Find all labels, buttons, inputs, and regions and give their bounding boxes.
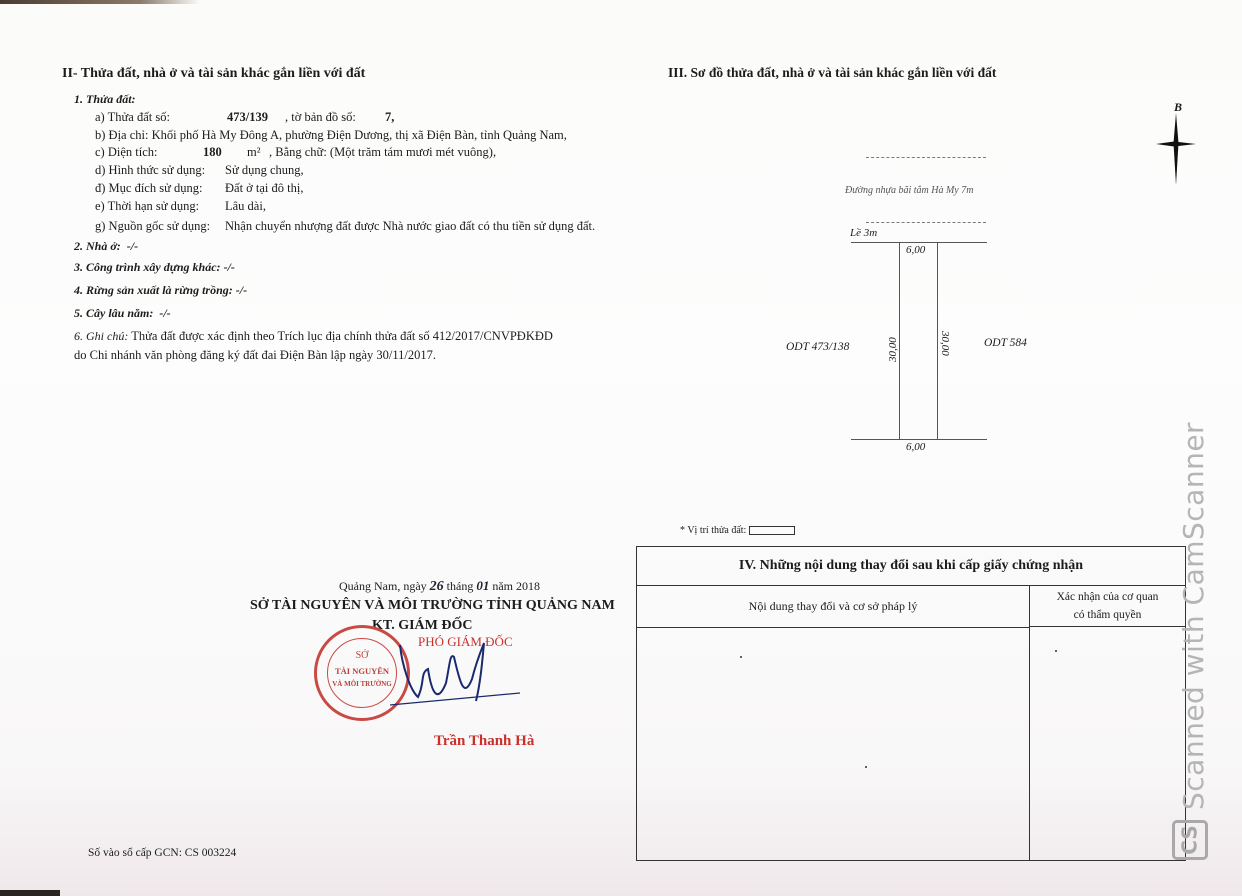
north-arrow-icon bbox=[1156, 113, 1196, 185]
map-sheet-number: 7, bbox=[385, 110, 394, 125]
address-label: b) Địa chỉ: bbox=[95, 128, 148, 142]
origin-value: Nhận chuyển nhượng đất được Nhà nước gia… bbox=[225, 219, 595, 233]
parcel-left-edge bbox=[899, 242, 900, 439]
section-4-heading: IV. Những nội dung thay đổi sau khi cấp … bbox=[637, 547, 1185, 586]
top-width-label: 6,00 bbox=[906, 244, 925, 256]
plantation-forest-value: -/- bbox=[236, 283, 247, 297]
area-label: c) Diện tích: bbox=[95, 145, 203, 160]
signing-month: 01 bbox=[476, 578, 489, 593]
speck bbox=[740, 656, 742, 658]
location-row: * Vị trí thửa đất: bbox=[680, 525, 795, 536]
address-value: Khối phố Hà My Đông A, phường Điện Dương… bbox=[152, 128, 567, 142]
perennial-trees-label: 5. Cây lâu năm: bbox=[74, 306, 153, 320]
camscanner-logo-text: CS bbox=[1178, 825, 1202, 854]
certificate-page: II- Thửa đất, nhà ở và tài sản khác gắn … bbox=[0, 0, 1242, 896]
area-in-words: , Bằng chữ: (Một trăm tám mươi mét vuông… bbox=[269, 145, 496, 159]
land-plot-heading: 1. Thửa đất: bbox=[74, 92, 136, 107]
other-construction-label: 3. Công trình xây dựng khác: bbox=[74, 260, 221, 274]
other-construction-value: -/- bbox=[224, 260, 235, 274]
sidewalk-label: Lề 3m bbox=[850, 227, 877, 239]
area-unit: m² bbox=[247, 145, 269, 160]
purpose-label: đ) Mục đích sử dụng: bbox=[95, 181, 225, 196]
note-label: 6. Ghi chú: bbox=[74, 329, 128, 343]
scanner-watermark: Scanned with CamScanner bbox=[1177, 422, 1210, 810]
issuing-agency: SỞ TÀI NGUYÊN VÀ MÔI TRƯỜNG TỈNH QUẢNG N… bbox=[250, 598, 615, 614]
confirmation-cell bbox=[1030, 628, 1185, 860]
signer-name: Trần Thanh Hà bbox=[434, 733, 534, 750]
plantation-forest-label: 4. Rừng sản xuất là rừng trồng: bbox=[74, 283, 233, 297]
paper-edge bbox=[0, 0, 200, 4]
parcel-top-line bbox=[851, 242, 987, 243]
usage-form-label: d) Hình thức sử dụng: bbox=[95, 163, 225, 178]
left-neighbor-label: ODT 473/138 bbox=[786, 341, 849, 353]
section-2-heading: II- Thửa đất, nhà ở và tài sản khác gắn … bbox=[62, 66, 365, 82]
house-row: 2. Nhà ở: -/- bbox=[74, 239, 138, 254]
location-box bbox=[749, 526, 795, 535]
right-neighbor-label: ODT 584 bbox=[984, 337, 1027, 349]
month-label: tháng bbox=[447, 579, 474, 593]
note-row: 6. Ghi chú: Thửa đất được xác định theo … bbox=[74, 329, 553, 344]
area-row: c) Diện tích:180m², Bằng chữ: (Một trăm … bbox=[95, 145, 496, 160]
column-header-confirmation: Xác nhận của cơ quan có thẩm quyền bbox=[1029, 585, 1186, 627]
camscanner-logo-icon: CS bbox=[1172, 820, 1208, 860]
register-label: Số vào sổ cấp GCN: bbox=[88, 847, 182, 859]
section-3-heading: III. Sơ đồ thửa đất, nhà ở và tài sản kh… bbox=[668, 65, 996, 81]
road-edge-line bbox=[866, 222, 986, 223]
map-sheet-label: , tờ bản đồ số: bbox=[285, 110, 385, 125]
term-label: e) Thời hạn sử dụng: bbox=[95, 199, 225, 214]
plot-number-label: a) Thửa đất số: bbox=[95, 110, 227, 125]
location-label: * Vị trí thửa đất: bbox=[680, 525, 746, 536]
register-number-row: Số vào sổ cấp GCN: CS 003224 bbox=[88, 847, 236, 859]
road-label: Đường nhựa bãi tắm Hà My 7m bbox=[845, 185, 973, 196]
plantation-forest-row: 4. Rừng sản xuất là rừng trồng: -/- bbox=[74, 283, 247, 298]
other-construction-row: 3. Công trình xây dựng khác: -/- bbox=[74, 260, 235, 275]
bottom-width-label: 6,00 bbox=[906, 441, 925, 453]
column-header-changes: Nội dung thay đổi và cơ sở pháp lý bbox=[637, 585, 1030, 628]
paper-edge bbox=[0, 890, 60, 896]
perennial-trees-row: 5. Cây lâu năm: -/- bbox=[74, 306, 171, 321]
signature-scribble bbox=[380, 635, 530, 715]
origin-row: g) Nguồn gốc sử dụng:Nhận chuyển nhượng … bbox=[95, 219, 595, 234]
perennial-trees-value: -/- bbox=[159, 306, 170, 320]
changes-cell bbox=[637, 628, 1030, 860]
road-edge-line bbox=[866, 157, 986, 158]
plot-number-row: a) Thửa đất số:473/139, tờ bản đồ số:7, bbox=[95, 110, 394, 125]
purpose-value: Đất ở tại đô thị, bbox=[225, 181, 303, 195]
place-date: Quảng Nam, ngày 26 tháng 01 năm 2018 bbox=[339, 578, 540, 595]
origin-label: g) Nguồn gốc sử dụng: bbox=[95, 219, 225, 234]
usage-form-row: d) Hình thức sử dụng:Sử dụng chung, bbox=[95, 163, 304, 178]
purpose-row: đ) Mục đích sử dụng:Đất ở tại đô thị, bbox=[95, 181, 303, 196]
term-value: Lâu dài, bbox=[225, 199, 266, 213]
right-length-label: 30,00 bbox=[939, 331, 951, 356]
note-line-1: Thửa đất được xác định theo Trích lục đị… bbox=[131, 329, 553, 343]
signing-day: 26 bbox=[430, 579, 444, 594]
usage-form-value: Sử dụng chung, bbox=[225, 163, 304, 177]
address-row: b) Địa chỉ: Khối phố Hà My Đông A, phườn… bbox=[95, 128, 567, 143]
parcel-right-edge bbox=[937, 242, 938, 439]
plot-number: 473/139 bbox=[227, 110, 285, 125]
confirmation-header-line-2: có thẩm quyền bbox=[1029, 606, 1186, 624]
house-label: 2. Nhà ở: bbox=[74, 239, 121, 253]
area-value: 180 bbox=[203, 145, 247, 160]
confirmation-header-line-1: Xác nhận của cơ quan bbox=[1029, 588, 1186, 606]
term-row: e) Thời hạn sử dụng:Lâu dài, bbox=[95, 199, 266, 214]
parcel-bottom-line bbox=[851, 439, 987, 440]
register-number: CS 003224 bbox=[185, 847, 236, 859]
place-date-prefix: Quảng Nam, ngày bbox=[339, 579, 427, 593]
signing-year: năm 2018 bbox=[492, 579, 540, 593]
changes-table: IV. Những nội dung thay đổi sau khi cấp … bbox=[636, 546, 1186, 861]
speck bbox=[865, 766, 867, 768]
left-length-label: 30,00 bbox=[887, 337, 899, 362]
note-line-2: do Chi nhánh văn phòng đăng ký đất đai Đ… bbox=[74, 348, 436, 363]
speck bbox=[1055, 650, 1057, 652]
house-value: -/- bbox=[127, 239, 138, 253]
